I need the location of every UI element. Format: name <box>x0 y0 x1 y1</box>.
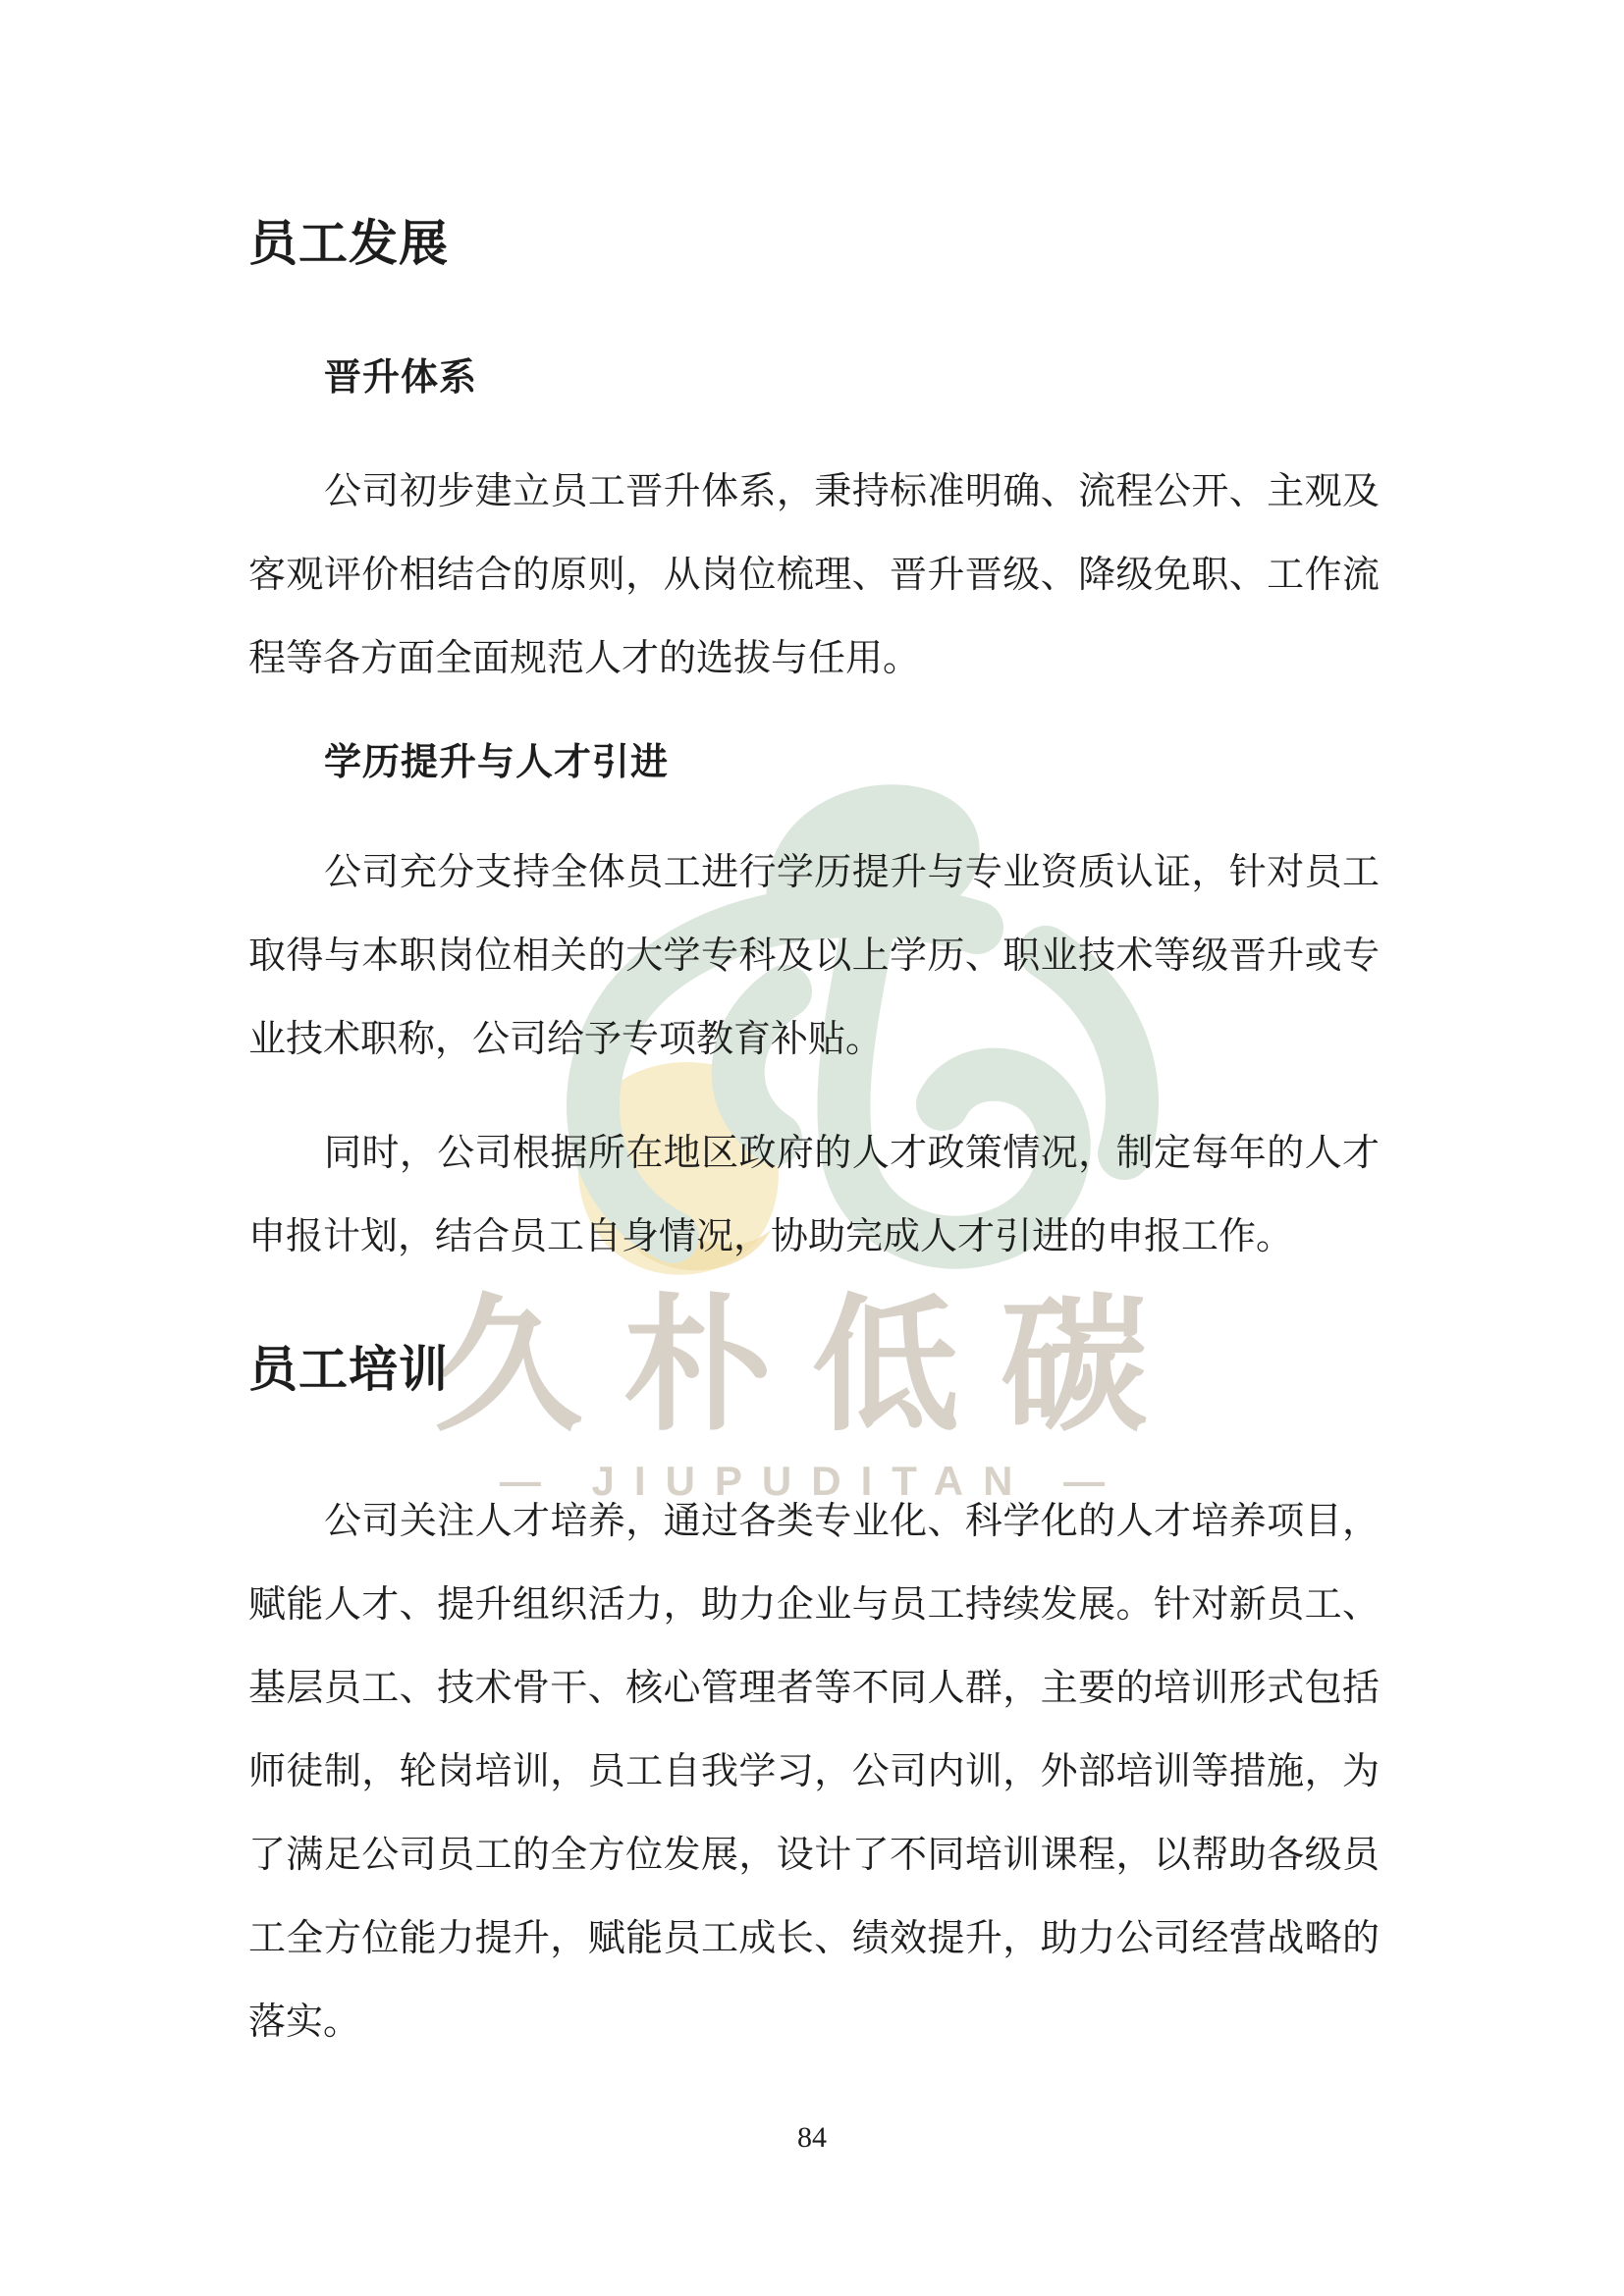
paragraph-education-support: 公司充分支持全体员工进行学历提升与专业资质认证，针对员工取得与本职岗位相关的大学… <box>248 831 1380 1082</box>
paragraph-talent-introduction: 同时，公司根据所在地区政府的人才政策情况，制定每年的人才申报计划，结合员工自身情… <box>248 1112 1380 1279</box>
text-line: 工全方位能力提升，赋能员工成长、绩效提升，助力公司经营战略的 <box>248 1897 1380 1981</box>
text-line: 业技术职称，公司给予专项教育补贴。 <box>248 998 1380 1082</box>
subsection-title-education-talent: 学历提升与人才引进 <box>324 742 669 785</box>
subsection-title-promotion-system: 晋升体系 <box>324 357 477 400</box>
text-line: 程等各方面全面规范人才的选拔与任用。 <box>248 617 1380 701</box>
text-line: 师徒制，轮岗培训，员工自我学习，公司内训，外部培训等措施，为 <box>248 1731 1380 1814</box>
text-line: 公司关注人才培养，通过各类专业化、科学化的人才培养项目， <box>248 1480 1380 1564</box>
text-line: 同时，公司根据所在地区政府的人才政策情况，制定每年的人才 <box>248 1112 1380 1196</box>
text-line: 客观评价相结合的原则，从岗位梳理、晋升晋级、降级免职、工作流 <box>248 534 1380 617</box>
text-line: 取得与本职岗位相关的大学专科及以上学历、职业技术等级晋升或专 <box>248 915 1380 998</box>
text-line: 了满足公司员工的全方位发展，设计了不同培训课程，以帮助各级员 <box>248 1814 1380 1897</box>
text-line: 公司充分支持全体员工进行学历提升与专业资质认证，针对员工 <box>248 831 1380 915</box>
page-number: 84 <box>0 2120 1624 2156</box>
text-line: 公司初步建立员工晋升体系，秉持标准明确、流程公开、主观及 <box>248 451 1380 534</box>
section-title-employee-development: 员工发展 <box>248 216 449 273</box>
section-title-employee-training: 员工培训 <box>248 1342 449 1399</box>
document-content: 员工发展 晋升体系 公司初步建立员工晋升体系，秉持标准明确、流程公开、主观及客观… <box>0 0 1624 2296</box>
text-line: 基层员工、技术骨干、核心管理者等不同人群，主要的培训形式包括 <box>248 1647 1380 1731</box>
paragraph-employee-training: 公司关注人才培养，通过各类专业化、科学化的人才培养项目，赋能人才、提升组织活力，… <box>248 1480 1380 2064</box>
document-page: 久朴低碳 — JIUPUDITAN — 员工发展 晋升体系 公司初步建立员工晋升… <box>0 0 1624 2296</box>
text-line: 申报计划，结合员工自身情况，协助完成人才引进的申报工作。 <box>248 1196 1380 1279</box>
paragraph-promotion-system: 公司初步建立员工晋升体系，秉持标准明确、流程公开、主观及客观评价相结合的原则，从… <box>248 451 1380 701</box>
text-line: 赋能人才、提升组织活力，助力企业与员工持续发展。针对新员工、 <box>248 1564 1380 1647</box>
text-line: 落实。 <box>248 1981 1380 2064</box>
